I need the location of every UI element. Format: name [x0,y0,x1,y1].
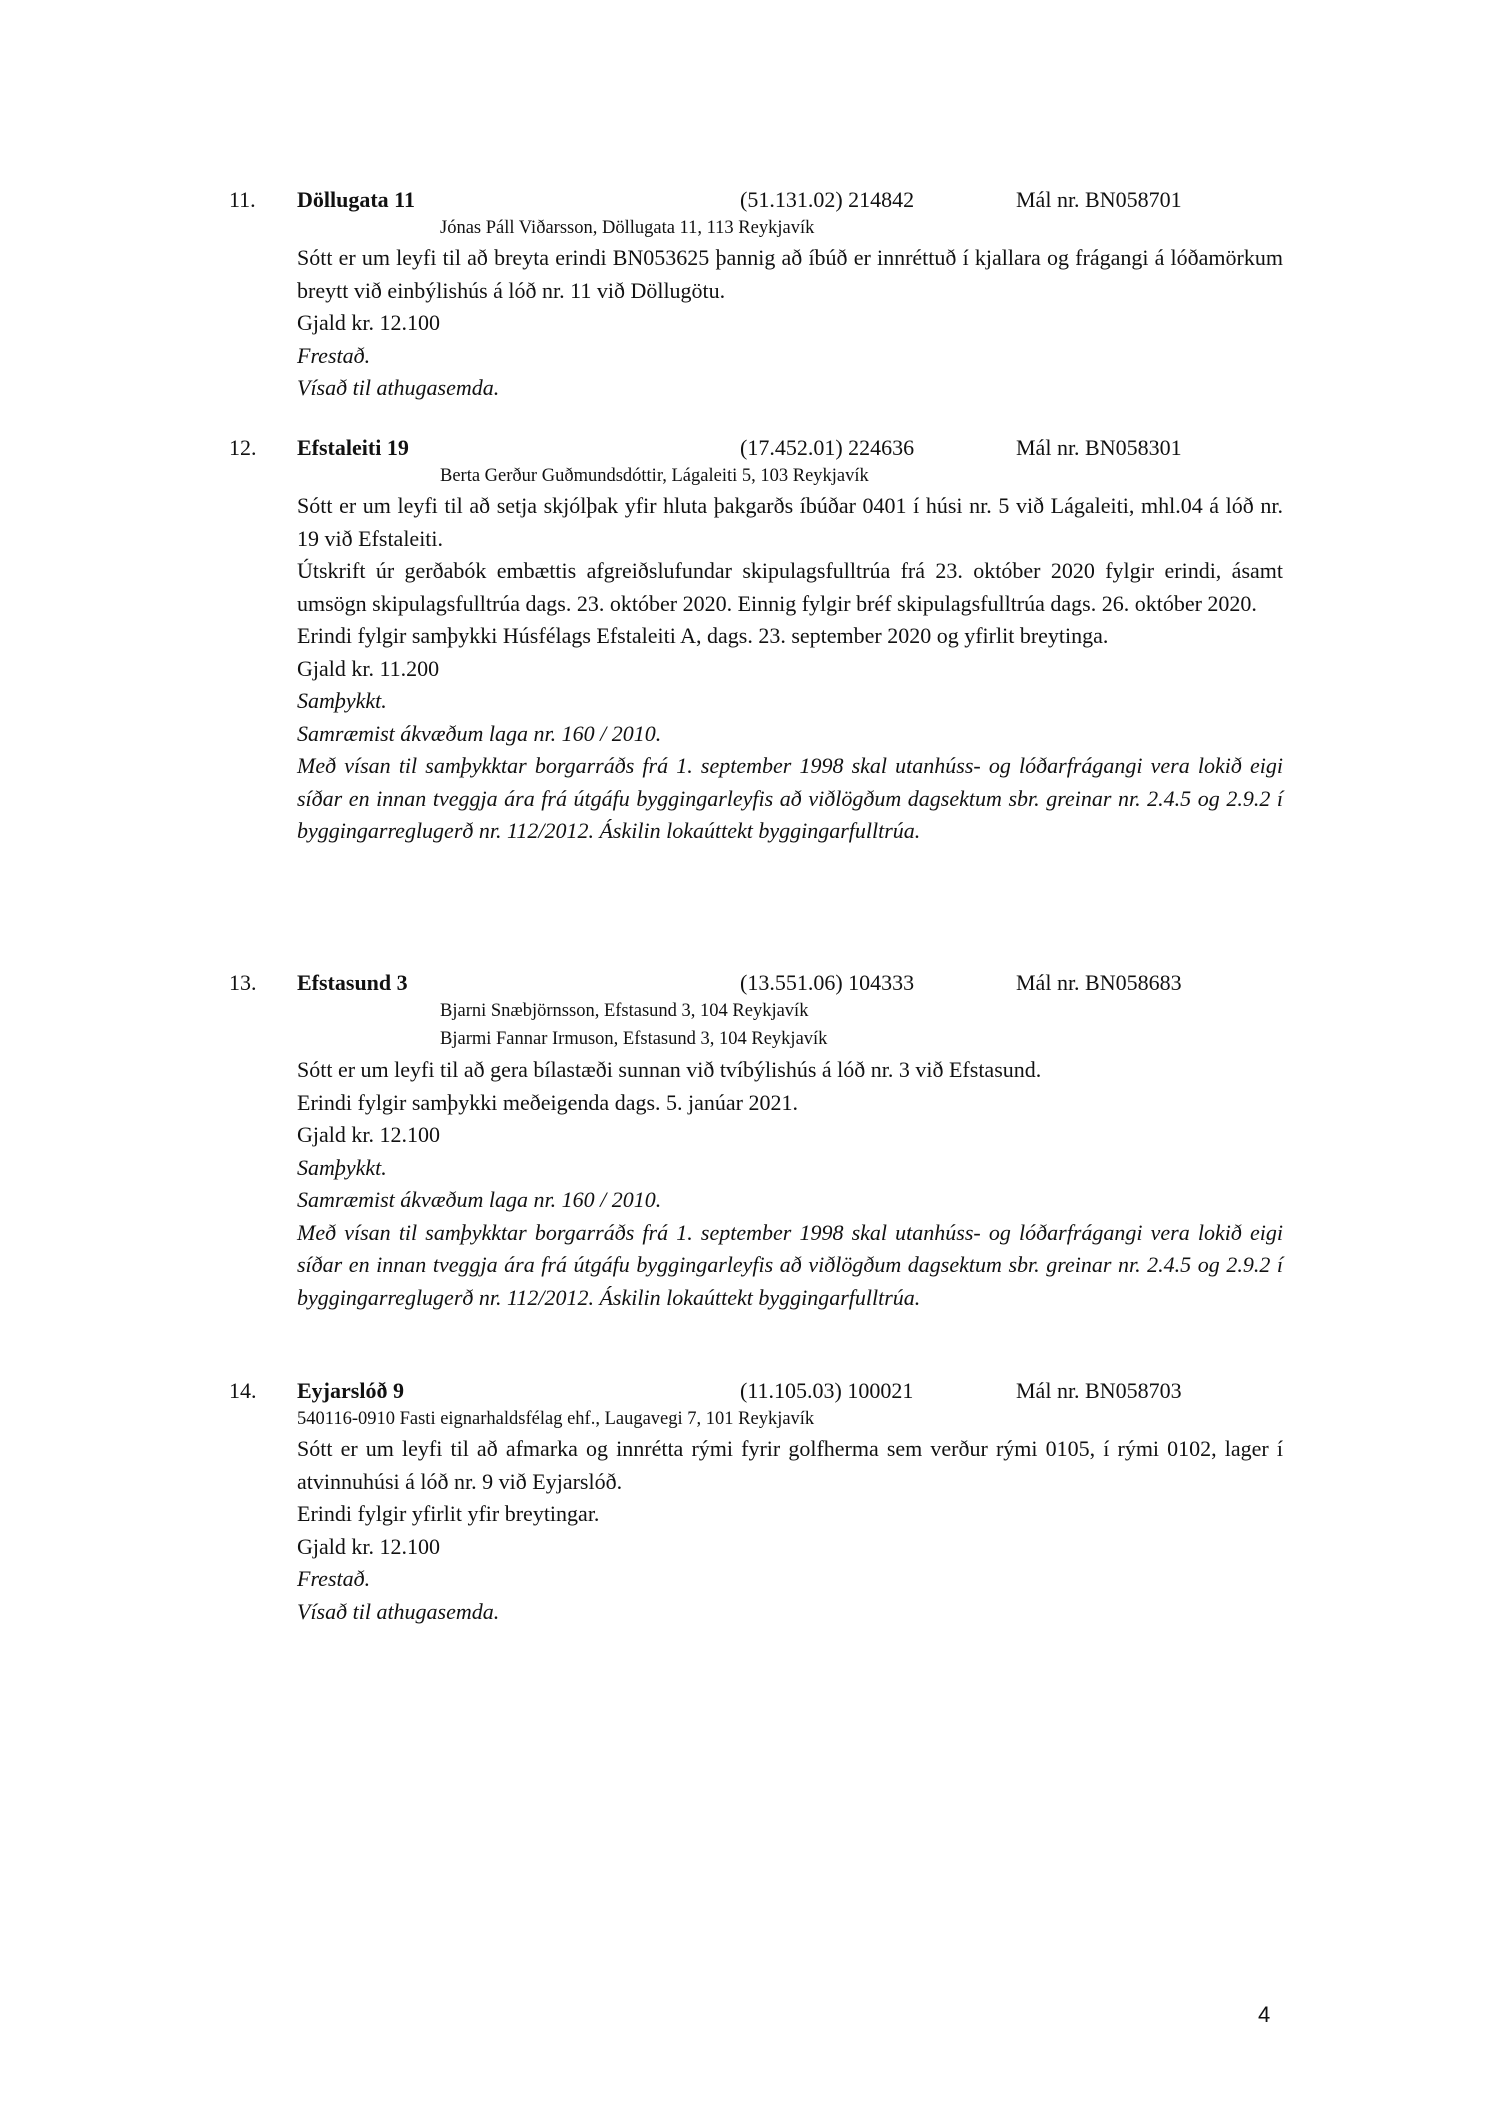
decision-note: Vísað til athugasemda. [297,372,1283,405]
fee: Gjald kr. 12.100 [297,307,1283,340]
fee: Gjald kr. 12.100 [297,1531,1283,1564]
item-title: Döllugata 11 [297,185,415,215]
item-number: 14. [229,1376,257,1406]
case-number: Mál nr. BN058301 [1016,433,1182,463]
decision-note: Vísað til athugasemda. [297,1596,1283,1629]
item-header: 14. Eyjarslóð 9 (11.105.03) 100021 Mál n… [0,1376,1500,1406]
item-title: Efstasund 3 [297,968,408,998]
decision: Samþykkt. [297,1152,1283,1185]
item-header: 11. Döllugata 11 (51.131.02) 214842 Mál … [0,185,1500,215]
attachment-note: Erindi fylgir yfirlit yfir breytingar. [297,1498,1283,1531]
applicant: Bjarmi Fannar Irmuson, Efstasund 3, 104 … [440,1026,827,1052]
case-number: Mál nr. BN058683 [1016,968,1182,998]
decision-note: Samræmist ákvæðum laga nr. 160 / 2010. [297,1184,1283,1217]
attachment-note: Erindi fylgir samþykki meðeigenda dags. … [297,1087,1283,1120]
land-id: (11.105.03) 100021 [740,1376,913,1406]
land-id: (51.131.02) 214842 [740,185,914,215]
item-body: Sótt er um leyfi til að setja skjólþak y… [297,490,1283,848]
description: Sótt er um leyfi til að afmarka og innré… [297,1433,1283,1498]
decision: Frestað. [297,340,1283,373]
attachment-note: Erindi fylgir samþykki Húsfélags Efstale… [297,620,1283,653]
attachment-note: Útskrift úr gerðabók embættis afgreiðslu… [297,555,1283,620]
decision: Samþykkt. [297,685,1283,718]
applicant: 540116-0910 Fasti eignarhaldsfélag ehf.,… [297,1406,814,1432]
decision: Frestað. [297,1563,1283,1596]
case-number: Mál nr. BN058703 [1016,1376,1182,1406]
land-id: (13.551.06) 104333 [740,968,914,998]
decision-note: Samræmist ákvæðum laga nr. 160 / 2010. [297,718,1283,751]
case-number: Mál nr. BN058701 [1016,185,1182,215]
item-number: 12. [229,433,257,463]
decision-condition: Með vísan til samþykktar borgarráðs frá … [297,1217,1283,1315]
applicant: Bjarni Snæbjörnsson, Efstasund 3, 104 Re… [440,998,808,1024]
page-number: 4 [1258,2002,1270,2028]
description: Sótt er um leyfi til að breyta erindi BN… [297,242,1283,307]
item-title: Efstaleiti 19 [297,433,409,463]
land-id: (17.452.01) 224636 [740,433,914,463]
item-body: Sótt er um leyfi til að afmarka og innré… [297,1433,1283,1628]
description: Sótt er um leyfi til að gera bílastæði s… [297,1054,1283,1087]
item-body: Sótt er um leyfi til að gera bílastæði s… [297,1054,1283,1314]
item-body: Sótt er um leyfi til að breyta erindi BN… [297,242,1283,405]
description: Sótt er um leyfi til að setja skjólþak y… [297,490,1283,555]
item-number: 13. [229,968,257,998]
item-header: 12. Efstaleiti 19 (17.452.01) 224636 Mál… [0,433,1500,463]
fee: Gjald kr. 12.100 [297,1119,1283,1152]
item-header: 13. Efstasund 3 (13.551.06) 104333 Mál n… [0,968,1500,998]
applicant: Jónas Páll Viðarsson, Döllugata 11, 113 … [440,215,814,241]
applicant: Berta Gerður Guðmundsdóttir, Lágaleiti 5… [440,463,869,489]
item-number: 11. [229,185,256,215]
fee: Gjald kr. 11.200 [297,653,1283,686]
item-title: Eyjarslóð 9 [297,1376,404,1406]
decision-condition: Með vísan til samþykktar borgarráðs frá … [297,750,1283,848]
